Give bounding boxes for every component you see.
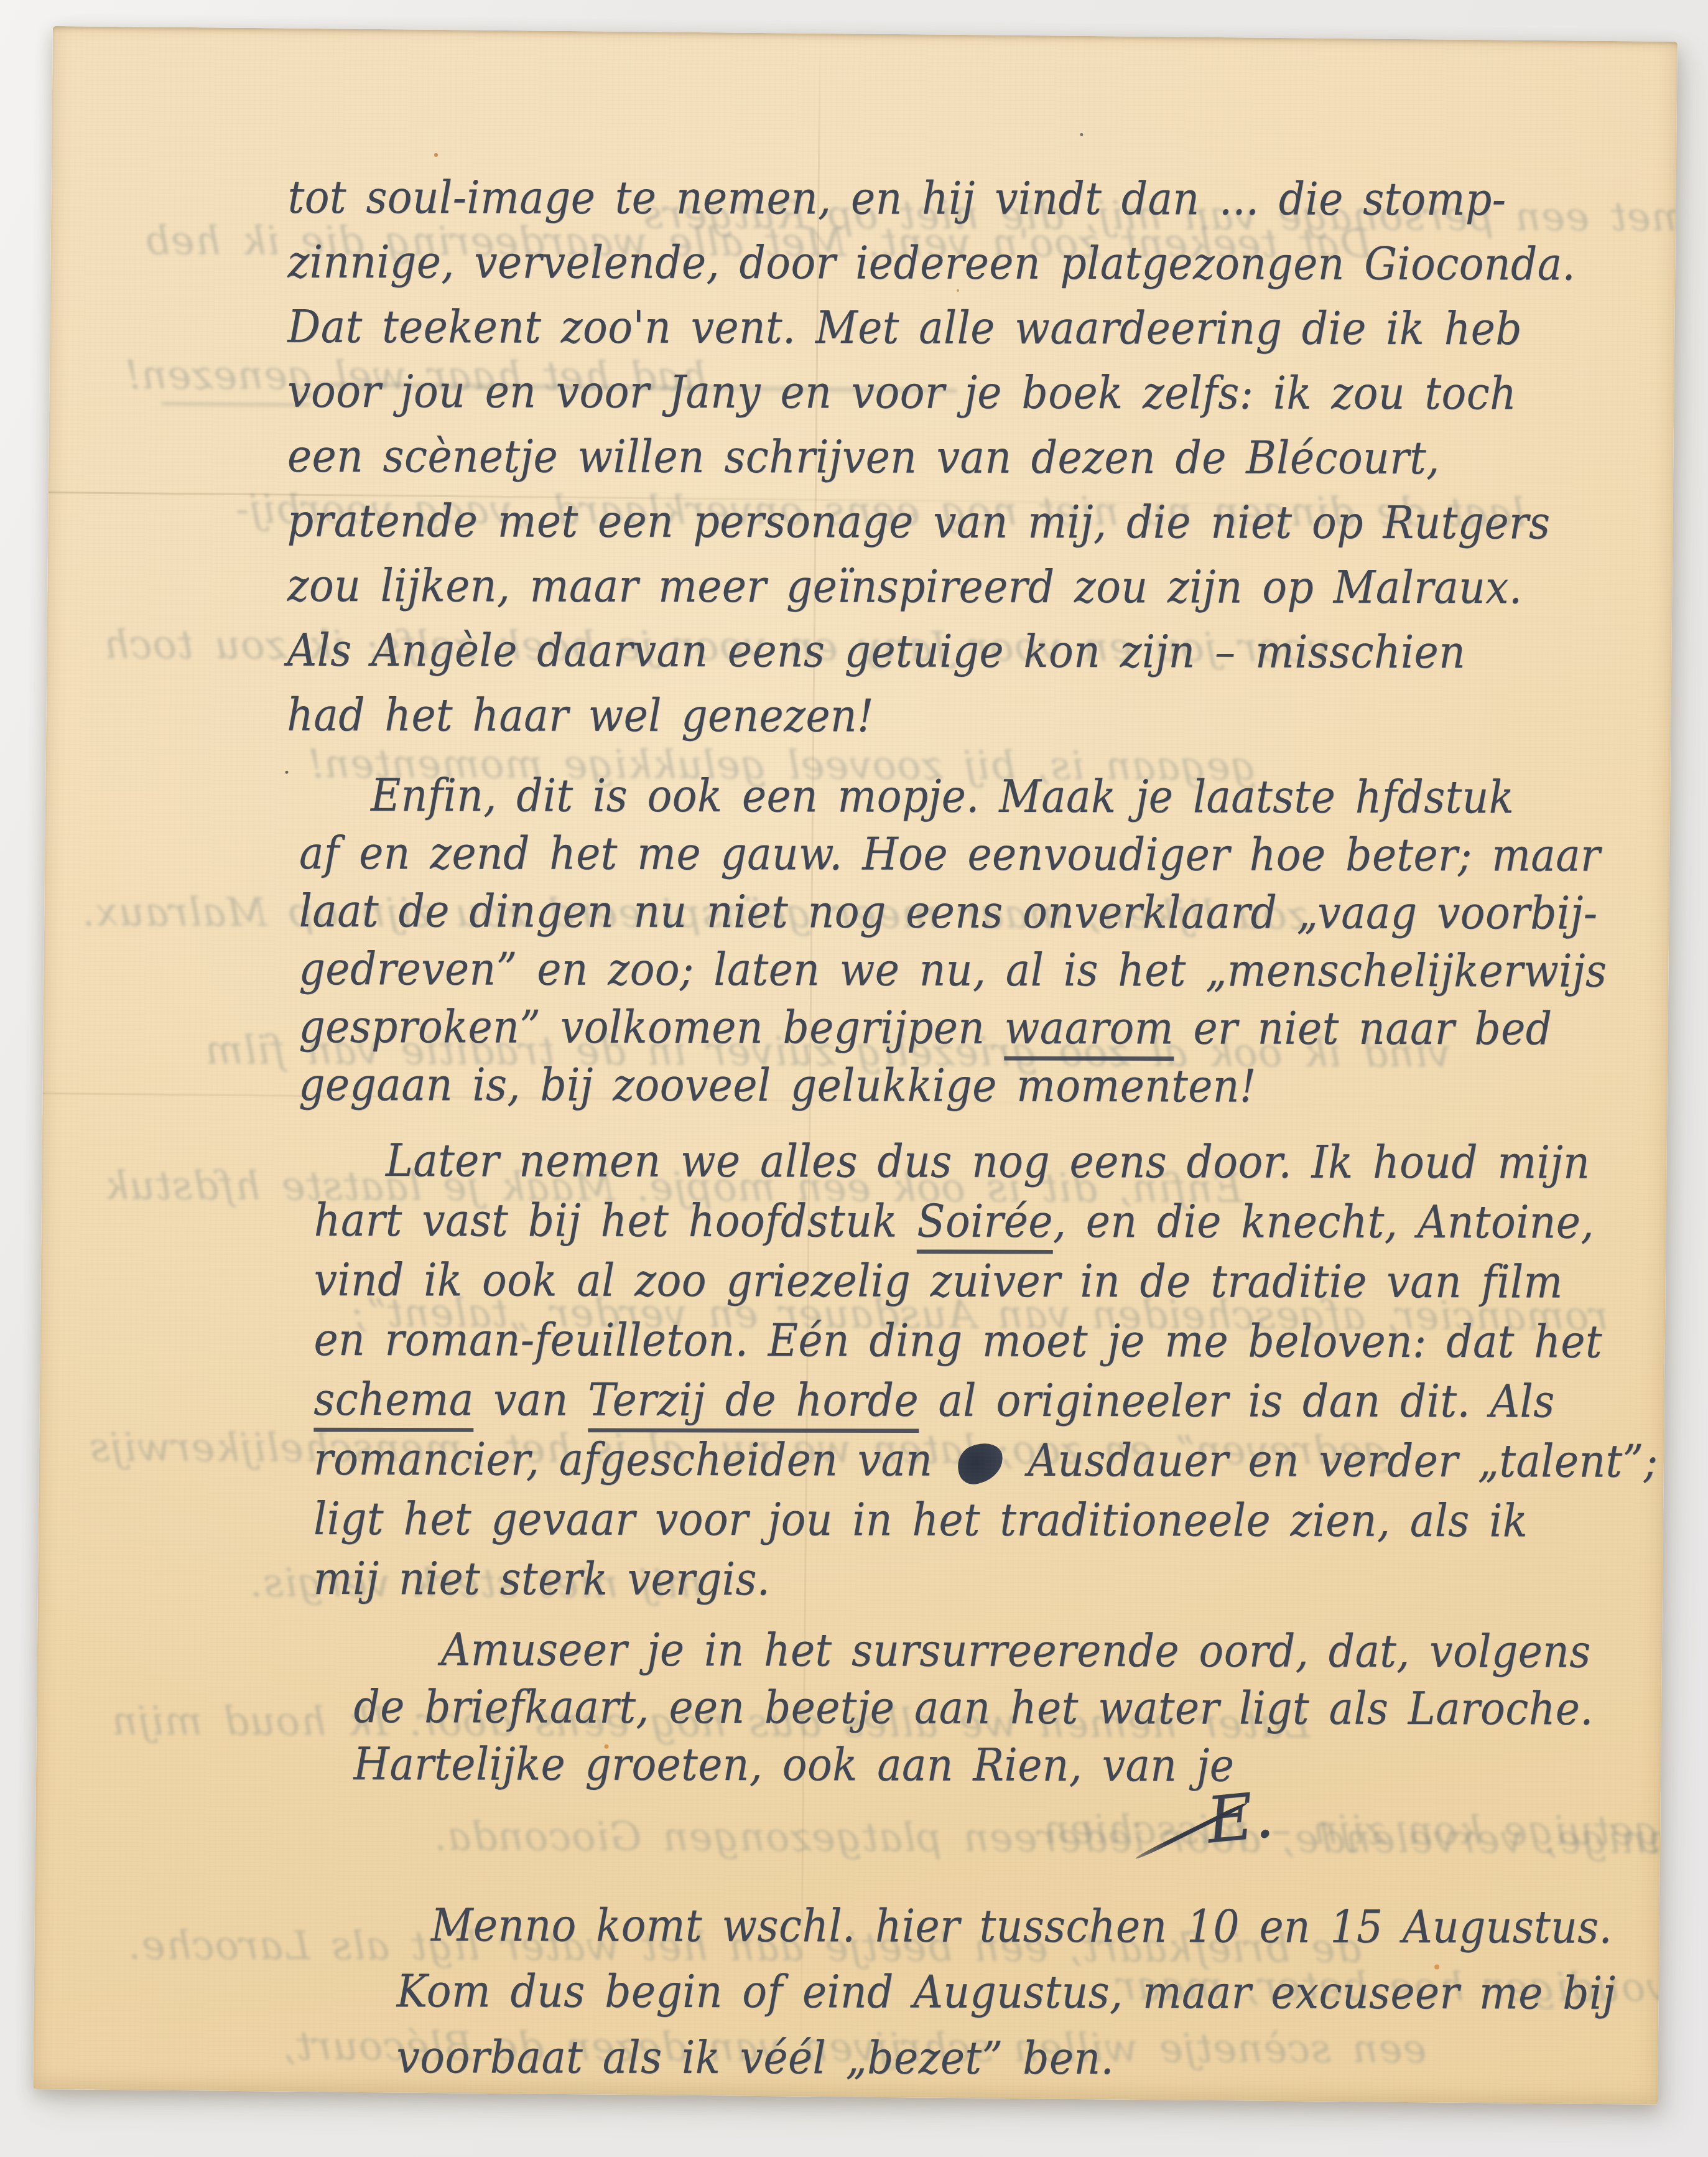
letter-line: hart vast bij het hoofdstuk Soirée, en d… xyxy=(314,1188,1636,1256)
letter-text: hart vast bij het hoofdstuk xyxy=(314,1194,917,1247)
letter-line: had het haar wel genezen! xyxy=(287,679,1636,753)
letter-text: pratende met een personage van mij, die … xyxy=(287,495,1551,549)
letter-line: mij niet sterk vergis. xyxy=(313,1546,1635,1614)
letter-line: en roman-feuilleton. Eén ding moet je me… xyxy=(313,1307,1635,1375)
letter-line: pratende met een personage van mij, die … xyxy=(287,485,1637,559)
letter-text: romancier, afgescheiden van xyxy=(313,1433,952,1486)
letter-line: af en zend het me gauw. Hoe eenvoudiger … xyxy=(299,821,1636,887)
letter-line: Later nemen we alles dus nog eens door. … xyxy=(314,1128,1636,1196)
letter-text: gedreven” en zoo; laten we nu, al is het… xyxy=(299,943,1607,997)
letter-paragraph: Enfin, dit is ook een mopje. Maak je laa… xyxy=(286,766,1636,1116)
underlined-text: Terzij de horde xyxy=(588,1374,919,1433)
letter-text: Hartelijke groeten, ook aan Rien, van je xyxy=(353,1738,1234,1792)
letter-line: romancier, afgescheiden van Ausdauer en … xyxy=(313,1427,1635,1494)
letter-text: en roman-feuilleton. Eén ding moet je me… xyxy=(314,1313,1603,1368)
letter-text: een scènetje willen schrijven van dezen … xyxy=(287,430,1440,485)
letter-line: ligt het gevaar voor jou in het traditio… xyxy=(313,1486,1635,1554)
underlined-text: Soirée xyxy=(917,1195,1053,1254)
letter-text: laat de dingen nu niet nog eens onverkla… xyxy=(299,885,1598,939)
letter-line: gedreven” en zoo; laten we nu, al is het… xyxy=(299,937,1636,1003)
postscript-paragraph: Menno komt wschl. hier tusschen 10 en 15… xyxy=(284,1893,1635,2093)
letter-line: Hartelijke groeten, ook aan Rien, van je xyxy=(353,1733,1635,1798)
letter-text: er niet naar bed xyxy=(1174,1002,1553,1055)
letter-text: tot soul-image te nemen, en hij vindt da… xyxy=(288,171,1506,226)
letter-body: tot soul-image te nemen, en hij vindt da… xyxy=(284,165,1637,2093)
letter-line: Als Angèle daarvan eens getuige kon zijn… xyxy=(287,615,1636,688)
scan-background: { "document": { "kind": "handwritten-let… xyxy=(0,0,1708,2157)
letter-text: Later nemen we alles dus nog eens door. … xyxy=(386,1134,1590,1189)
letter-text: ligt het gevaar voor jou in het traditio… xyxy=(313,1493,1528,1547)
letter-text: zou lijken, maar meer geïnspireerd zou z… xyxy=(287,559,1523,614)
letter-text: Menno komt wschl. hier tusschen 10 en 15… xyxy=(431,1899,1612,1954)
letter-line: een scènetje willen schrijven van dezen … xyxy=(287,421,1637,494)
letter-text: Amuseer je in het sursurreerende oord, d… xyxy=(441,1623,1591,1678)
paper-speck xyxy=(285,771,288,774)
underlined-text: schema xyxy=(313,1373,474,1432)
letter-text: mij niet sterk vergis. xyxy=(313,1552,771,1606)
ink-blot xyxy=(954,1438,1006,1488)
letter-line: Dat teekent zoo'n vent. Met alle waardee… xyxy=(287,291,1637,365)
letter-text: had het haar wel genezen! xyxy=(287,689,874,742)
letter-text: Ausdauer en verder „talent”; xyxy=(1008,1434,1658,1488)
letter-line: de briefkaart, een beetje aan het water … xyxy=(353,1675,1635,1741)
letter-text: Dat teekent zoo'n vent. Met alle waardee… xyxy=(287,300,1522,355)
letter-line: vind ik ook al zoo griezelig zuiver in d… xyxy=(314,1247,1636,1315)
underlined-text: waarom xyxy=(1005,1002,1174,1061)
letter-paragraph: Later nemen we alles dus nog eens door. … xyxy=(285,1131,1636,1611)
letter-line: Amuseer je in het sursurreerende oord, d… xyxy=(354,1618,1635,1684)
letter-text: voorbaat als ik véél „bezet” ben. xyxy=(396,2031,1114,2085)
letter-text: Enfin, dit is ook een mopje. Maak je laa… xyxy=(371,769,1514,824)
letter-text: af en zend het me gauw. Hoe eenvoudiger … xyxy=(299,827,1600,882)
paper-speck xyxy=(957,289,959,292)
paper-speck xyxy=(1434,1964,1439,1969)
letter-text: Als Angèle daarvan eens getuige kon zijn… xyxy=(287,624,1465,679)
letter-text: gesproken” volkomen begrijpen xyxy=(299,1000,1005,1055)
letter-text: de briefkaart, een beetje aan het water … xyxy=(353,1680,1594,1735)
letter-line: tot soul-image te nemen, en hij vindt da… xyxy=(288,162,1638,235)
paper-speck xyxy=(604,1745,608,1749)
letter-text: voor jou en voor Jany en voor je boek ze… xyxy=(287,365,1516,420)
letter-text: vind ik ook al zoo griezelig zuiver in d… xyxy=(314,1254,1563,1308)
letter-text: al origineeler is dan dit. Als xyxy=(919,1374,1555,1428)
paper-speck xyxy=(434,153,438,157)
letter-paragraph: Amuseer je in het sursurreerende oord, d… xyxy=(285,1621,1635,1796)
letter-text: Kom dus begin of eind Augustus, maar exc… xyxy=(397,1965,1616,2020)
letter-line: gegaan is, bij zooveel gelukkige momente… xyxy=(299,1053,1636,1119)
letter-text: , en die knecht, Antoine, xyxy=(1053,1195,1594,1249)
letter-line: Kom dus begin of eind Augustus, maar exc… xyxy=(397,1955,1635,2030)
letter-paragraph: tot soul-image te nemen, en hij vindt da… xyxy=(287,165,1638,750)
letter-line: voorbaat als ik véél „bezet” ben. xyxy=(396,2021,1634,2096)
letter-line: zinnige, vervelende, door iedereen platg… xyxy=(287,226,1637,300)
letter-line: Enfin, dit is ook een mopje. Maak je laa… xyxy=(299,763,1636,829)
letter-text: van xyxy=(474,1373,588,1426)
letter-text: gegaan is, bij zooveel gelukkige momente… xyxy=(299,1058,1256,1112)
paper-speck xyxy=(1080,133,1083,136)
letter-line: laat de dingen nu niet nog eens onverkla… xyxy=(299,879,1636,945)
letter-line: zou lijken, maar meer geïnspireerd zou z… xyxy=(287,550,1637,623)
letter-text: zinnige, vervelende, door iedereen platg… xyxy=(288,236,1576,291)
letter-line: schema van Terzij de horde al origineele… xyxy=(313,1367,1635,1435)
letter-paper: Dat teekent zoo'n vent. Met alle waardee… xyxy=(33,26,1678,2105)
letter-line: voor jou en voor Jany en voor je boek ze… xyxy=(287,356,1637,429)
letter-line: gesproken” volkomen begrijpen waarom er … xyxy=(299,995,1636,1061)
letter-line: Menno komt wschl. hier tusschen 10 en 15… xyxy=(397,1889,1635,1964)
